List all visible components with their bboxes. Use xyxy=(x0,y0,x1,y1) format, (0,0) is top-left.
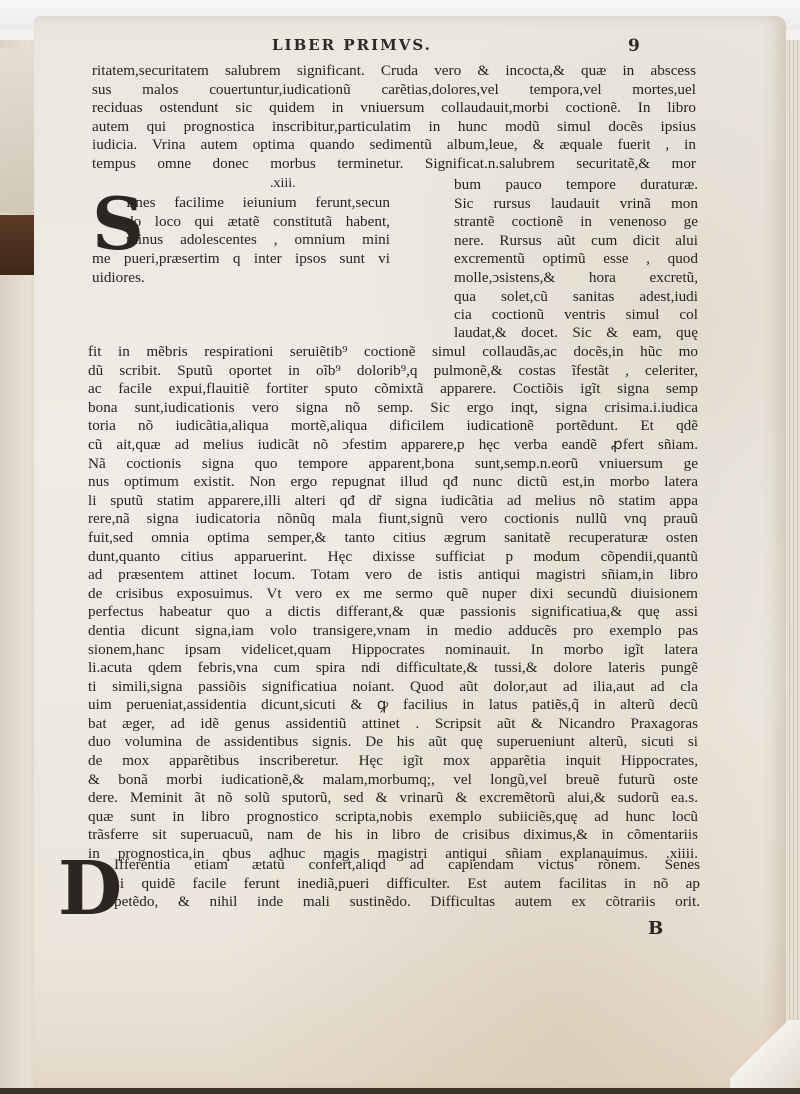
text-line: Ifferentia etiam ætatũ confert,aliqd ad … xyxy=(114,856,700,875)
two-column-region: bum pauco tempore duraturæ. Sic rursus l… xyxy=(90,176,696,326)
text-line: cia coctionũ ventris simul col xyxy=(454,306,698,325)
text-line: de mox apparẽtibus inscriberetur. Hęc ig… xyxy=(88,752,698,771)
text-line: cũ ait,quæ ad melius iudicãt nõ ↄfestim … xyxy=(88,436,698,455)
text-line: Nã coctionis signa quo tempore apparent,… xyxy=(88,455,698,474)
text-line: ritatem,securitatem salubrem significant… xyxy=(92,62,696,81)
text-line: laudat,& docet. Sic & eam, quę xyxy=(454,324,698,343)
text-line: sionem,hanc ipsam videlicet,quam Hippocr… xyxy=(88,641,698,660)
text-line: Sic rursus laudauit vrinã mon xyxy=(454,195,698,214)
text-line: quæ sunt in libro prognostico scripta,no… xyxy=(88,808,698,827)
text-line: dentia dicunt signa,iam volo transigere,… xyxy=(88,622,698,641)
text-line: li.acuta qdem febris,vna cum spira ndi d… xyxy=(88,659,698,678)
section-14-text: Ifferentia etiam ætatũ confert,aliqd ad … xyxy=(114,856,700,912)
text-line: strantẽ coctionẽ in venenoso ge xyxy=(454,213,698,232)
text-line: dũ scribit. Sputũ oportet in oĩb⁹ dolori… xyxy=(88,362,698,381)
text-line: rere,nã signa iudicatoria nõnũq mala fiu… xyxy=(88,510,698,529)
text-line: bum pauco tempore duraturæ. xyxy=(454,176,698,195)
text-line: nere. Rursus aũt cum dicit alui xyxy=(454,232,698,251)
text-line: trãsferre sit superuacuũ, nam de his in … xyxy=(88,826,698,845)
right-column-last: laudat,& docet. Sic & eam, quę xyxy=(454,324,698,343)
text-line: molle,ↄsistens,& hora excretũ, xyxy=(454,269,698,288)
text-line: bona sunt,iudicationis vero signa nõ sem… xyxy=(88,399,698,418)
text-line: qua solet,cũ sanitas adest,iudi xyxy=(454,288,698,307)
signature-mark: B xyxy=(648,918,663,939)
text-line: nus optimum existit. Non ergo repugnat i… xyxy=(88,473,698,492)
text-line: si quidẽ facile ferunt inediã,pueri diff… xyxy=(114,875,700,894)
text-line: autem qui prognostica inscribitur,partic… xyxy=(92,118,696,137)
text-block-main: fit in mẽbris respirationi seruiẽtib⁹ co… xyxy=(88,343,698,864)
text-line: de crisibus exposuimus. Vt vero ex me se… xyxy=(88,585,698,604)
text-line: fuit,sed omnia optima semper,& tanto cit… xyxy=(88,529,698,548)
text-line: fit in mẽbris respirationi seruiẽtib⁹ co… xyxy=(88,343,698,362)
text-line: ad præsentem attinet locum. Totam vero d… xyxy=(88,566,698,585)
text-line: ti simili,signa passiõis significatiua n… xyxy=(88,678,698,697)
text-line: sus malos couertuntur,iudicationũ carẽti… xyxy=(92,81,696,100)
text-block-top: ritatem,securitatem salubrem significant… xyxy=(92,62,696,174)
text-line: iudicia. Vrina autem optima quando sedim… xyxy=(92,136,696,155)
folded-corner xyxy=(730,1020,800,1094)
text-line: excrementũ optimũ esse , quod xyxy=(454,250,698,269)
text-line: bat æger, ad idẽ genus assidentiũ attine… xyxy=(88,715,698,734)
drop-cap-d: D xyxy=(58,852,122,926)
text-line: & bonã morbi iudicationẽ,& malam,morbumq… xyxy=(88,771,698,790)
text-line: li sputũ statim apparere,illi alteri qđ … xyxy=(88,492,698,511)
right-column: bum pauco tempore duraturæ. Sic rursus l… xyxy=(454,176,698,325)
text-line: ac facile expui,flauitiẽ fortiter sputo … xyxy=(88,380,698,399)
text-line: duo volumina de assidentibus signis. De … xyxy=(88,733,698,752)
leather-spine-fragment xyxy=(0,215,36,275)
text-line: dere. Meminit ãt nõ solũ sputorũ, sed & … xyxy=(88,789,698,808)
text-line: petẽdo, & nihil inde mali sustinẽdo. Dif… xyxy=(114,893,700,912)
folio-number: 9 xyxy=(628,36,640,56)
text-line: tempus omne donec morbus terminetur. Sig… xyxy=(92,155,696,174)
running-head: LIBER PRIMVS. xyxy=(272,36,432,54)
text-line: dunt,quanto citius apparuerint. Hęc dixi… xyxy=(88,548,698,567)
bottom-shadow xyxy=(0,1088,800,1094)
text-line: perfectus habeatur quo a dictis differan… xyxy=(88,603,698,622)
text-line: toria nõ iudicãtia,aliqua mortẽ,aliqua d… xyxy=(88,417,698,436)
text-line: reciduas ostendunt sic quidem in vniuers… xyxy=(92,99,696,118)
text-line: uim perueniat,assidentia dicunt,sicuti &… xyxy=(88,696,698,715)
